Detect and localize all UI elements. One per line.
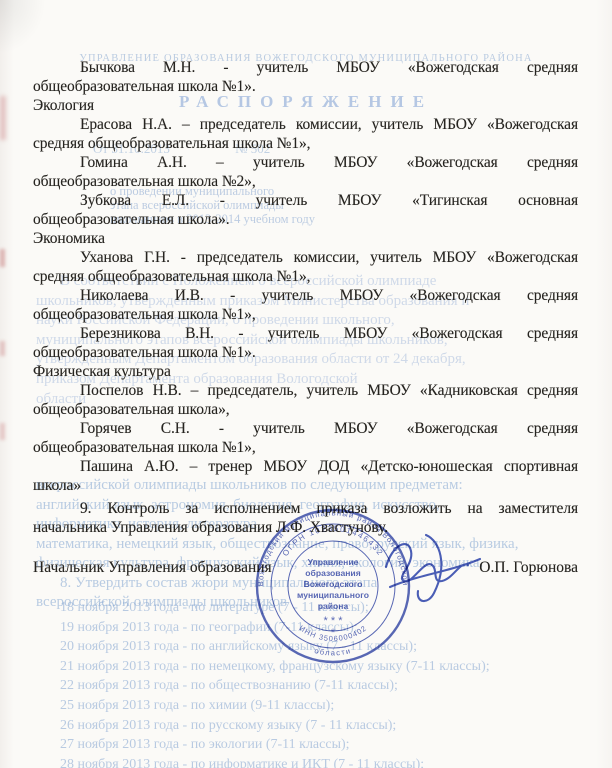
text-line: средняя общеобразовательная школа №1», bbox=[33, 267, 578, 286]
signatory-name: О.П. Горюнова bbox=[479, 559, 578, 577]
text-line: общеобразовательная школа №1», bbox=[33, 305, 578, 324]
svg-text:района: района bbox=[318, 601, 349, 611]
ghost-date-line: 26 ноября 2013 года - по русскому языку … bbox=[60, 716, 490, 736]
scanned-page: УПРАВЛЕНИЕ ОБРАЗОВАНИЯ ВОЖЕГОДСКОГО МУНИ… bbox=[0, 0, 612, 768]
text-line: общеобразовательная школа», bbox=[33, 400, 578, 419]
document-body: Бычкова М.Н. - учитель МБОУ «Вожегодская… bbox=[33, 58, 578, 577]
text-line: Физическая культура bbox=[33, 362, 578, 381]
ghost-date-line: 28 ноября 2013 года - по информатике и И… bbox=[60, 755, 490, 768]
stamp-center-text: Управление образования Вожегодского муни… bbox=[297, 557, 369, 611]
svg-text:Управление: Управление bbox=[308, 557, 359, 567]
body-lines: Бычкова М.Н. - учитель МБОУ «Вожегодская… bbox=[33, 58, 578, 537]
ghost-date-line: 22 ноября 2013 года - по обществознанию … bbox=[60, 676, 490, 696]
text-line: Уханова Г.Н. - председатель комиссии, уч… bbox=[33, 248, 578, 267]
ghost-date-line: 25 ноября 2013 года - по химии (9-11 кла… bbox=[60, 696, 490, 716]
text-line: общеобразовательная школа №1». bbox=[33, 343, 578, 362]
text-line: общеобразовательная школа №2», bbox=[33, 172, 578, 191]
ghost-date-line: 27 ноября 2013 года - по экологии (7-11 … bbox=[60, 735, 490, 755]
text-line: общеобразовательная школа №1». bbox=[33, 77, 578, 96]
stamp-stars: * * * bbox=[324, 615, 344, 627]
text-line: Гомина А.Н. – учитель МБОУ «Вожегодская … bbox=[33, 153, 578, 172]
text-line: школа» bbox=[33, 476, 578, 495]
text-line: Ерасова Н.А. – председатель комиссии, уч… bbox=[33, 115, 578, 134]
text-line: Поспелов Н.В. – председатель, учитель МБ… bbox=[33, 381, 578, 400]
text-line: общеобразовательная школа». bbox=[33, 210, 578, 229]
text-line: Зубкова Е.Л. - учитель МБОУ «Тигинская о… bbox=[33, 191, 578, 210]
handwritten-signature bbox=[368, 515, 488, 615]
text-line: Пашина А.Ю. – тренер МБОУ ДОД «Детско-юн… bbox=[33, 457, 578, 476]
stamp-star: * bbox=[331, 627, 336, 639]
text-line: общеобразовательная школа №1», bbox=[33, 438, 578, 457]
text-line: Николаева И.В. - учитель МБОУ «Вожегодск… bbox=[33, 286, 578, 305]
text-line: Березникова В.Н. - учитель МБОУ «Вожегод… bbox=[33, 324, 578, 343]
signatory-title: Начальник Управления образования bbox=[33, 559, 272, 577]
svg-text:Вожегодского: Вожегодского bbox=[304, 579, 363, 589]
text-line: Экология bbox=[33, 96, 578, 115]
text-line: Горячев С.Н. - учитель МБОУ «Вожегодская… bbox=[33, 419, 578, 438]
text-line: Экономика bbox=[33, 229, 578, 248]
text-line: Бычкова М.Н. - учитель МБОУ «Вожегодская… bbox=[33, 58, 578, 77]
svg-text:муниципального: муниципального bbox=[297, 590, 369, 600]
svg-text:образования: образования bbox=[305, 568, 360, 578]
text-line: средняя общеобразовательная школа №1», bbox=[33, 134, 578, 153]
